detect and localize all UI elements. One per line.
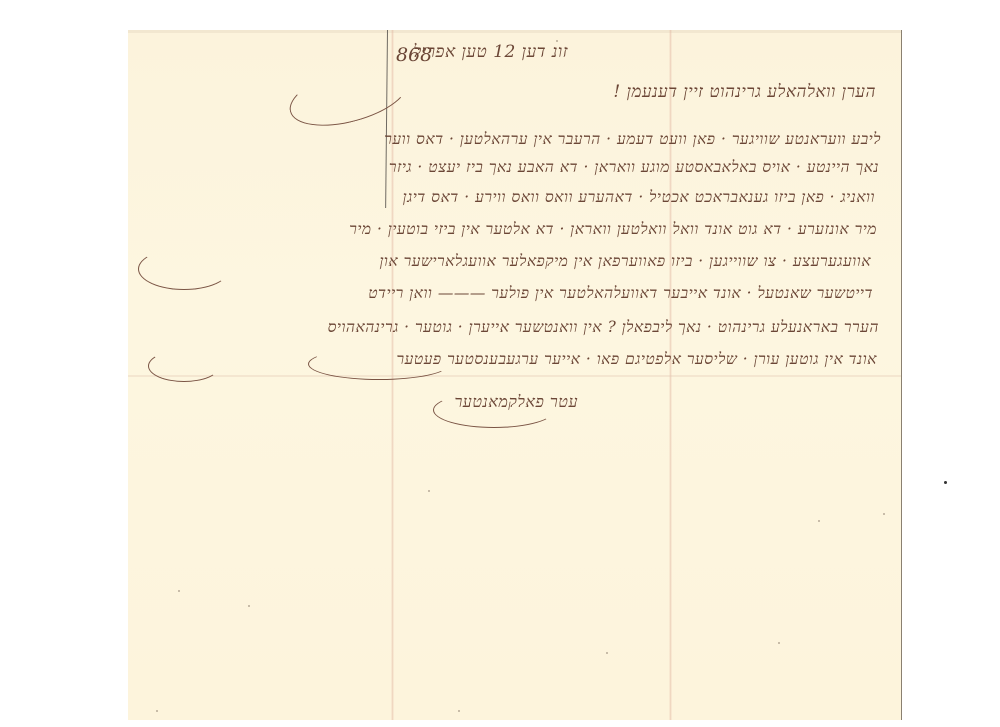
body-line-6: דייטשער שאנטעל · אונד אייבער דאוועלהאלטע… bbox=[368, 284, 873, 303]
body-line-5: אוועגערעצע · צו שווייגען · ביזו פאווערפא… bbox=[379, 252, 871, 271]
line-flourish bbox=[138, 248, 230, 290]
margin-rule bbox=[385, 30, 388, 208]
body-line-7: הערר באראנעלע גרינהוט · נאך ליבפאלן ? אי… bbox=[328, 318, 879, 337]
body-line-1: ליבע וועראנטע שוויגער · פאן וועט דעמע · … bbox=[384, 130, 881, 149]
line-flourish bbox=[308, 348, 450, 380]
letter-paper: 868 זונ דען 12 טען אפריל 868 הערן וואלהא… bbox=[128, 30, 901, 720]
signature-flourish bbox=[433, 392, 555, 428]
line-flourish bbox=[148, 350, 220, 382]
body-line-4: מיר אונזערע · דא גוט אונד וואל וואלטען ו… bbox=[349, 220, 877, 239]
scan-speck bbox=[944, 481, 947, 484]
body-line-8: אונד אין גוטען עורן · שליסער אלפטיגם פאו… bbox=[397, 350, 878, 369]
paper-fold-horizontal bbox=[128, 375, 901, 377]
salutation-text: הערן וואלהאלע גרינהוט זיין דענעמן ! bbox=[356, 82, 876, 102]
body-line-3: וואניג · פאן ביזו גענאבראכט אכטיל · דאהע… bbox=[403, 188, 875, 207]
salutation-flourish bbox=[283, 55, 414, 137]
date-line: זונ דען 12 טען אפריל bbox=[428, 42, 568, 62]
body-line-2: נאך היינטע · אויס באלאבאסטע מוגע וואראן … bbox=[389, 158, 879, 177]
